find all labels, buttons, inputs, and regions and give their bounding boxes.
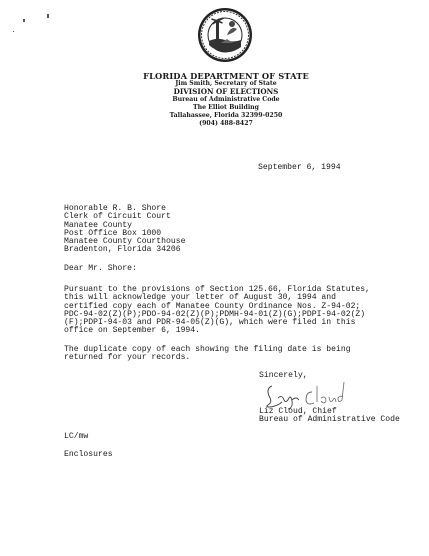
- state-seal-icon: [197, 7, 253, 63]
- signer-title: Bureau of Administrative Code: [259, 416, 400, 424]
- scan-speck: [13, 31, 14, 32]
- body-line: returned for your records.: [64, 354, 351, 362]
- enclosures-notation: Enclosures: [64, 451, 113, 459]
- body-paragraph-1: Pursuant to the provisions of Section 12…: [64, 286, 370, 336]
- building-name: The Elliot Building: [120, 104, 332, 112]
- letter-date: September 6, 1994: [258, 164, 341, 172]
- reference-initials: LC/mw: [64, 433, 88, 441]
- city-address: Tallahassee, Florida 32399-0250: [120, 112, 332, 120]
- bureau-name: Bureau of Administrative Code: [120, 96, 332, 104]
- letter-page: FLORIDA DEPARTMENT OF STATE Jim Smith, S…: [0, 0, 429, 556]
- body-line: office on September 6, 1994.: [64, 327, 370, 335]
- body-paragraph-2: The duplicate copy of each showing the f…: [64, 346, 351, 363]
- department-name: FLORIDA DEPARTMENT OF STATE: [120, 72, 332, 80]
- letterhead: FLORIDA DEPARTMENT OF STATE Jim Smith, S…: [120, 72, 332, 128]
- division-name: DIVISION OF ELECTIONS: [120, 88, 332, 96]
- signature-block: Liz Cloud, ChiefBureau of Administrative…: [259, 408, 400, 425]
- scan-speck: [23, 19, 25, 22]
- phone-number: (904) 488-8427: [120, 120, 332, 128]
- address-line: Bradenton, Florida 34206: [64, 246, 185, 254]
- scan-speck: [47, 14, 49, 18]
- salutation: Dear Mr. Shore:: [64, 265, 137, 273]
- recipient-address: Honorable R. B. ShoreClerk of Circuit Co…: [64, 205, 185, 255]
